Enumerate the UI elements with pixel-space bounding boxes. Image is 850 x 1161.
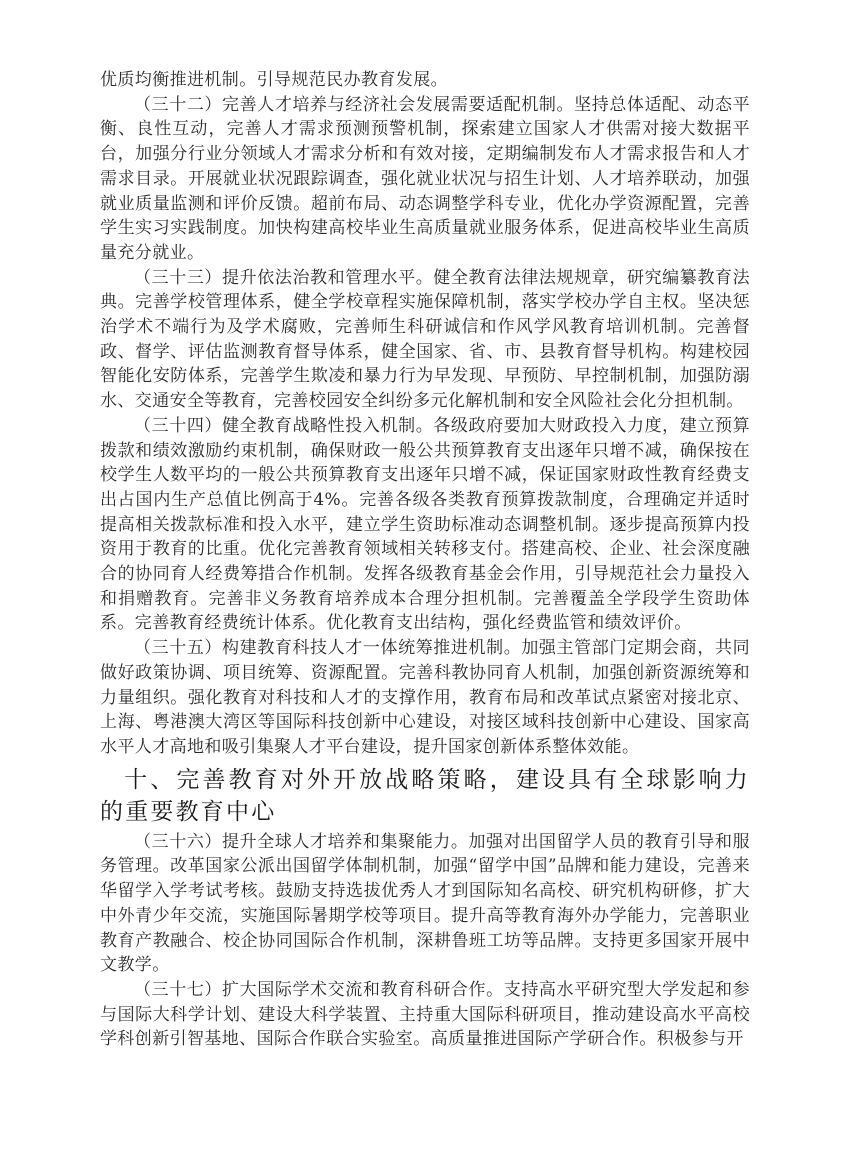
section-heading-10: 十、完善教育对外开放战略策略，建设具有全球影响力的重要教育中心 [100, 764, 750, 828]
paragraph-36-global-talent: （三十六）提升全球人才培养和集聚能力。加强对出国留学人员的教育引导和服务管理。改… [100, 830, 750, 978]
paragraph-34-strategic-investment: （三十四）健全教育战略性投入机制。各级政府要加大财政投入力度，建立预算拨款和绩效… [100, 414, 750, 636]
document-page: 优质均衡推进机制。引导规范民办教育发展。 （三十二）完善人才培养与经济社会发展需… [100, 68, 750, 1052]
paragraph-33-rule-of-law: （三十三）提升依法治教和管理水平。健全教育法律法规规章，研究编纂教育法典。完善学… [100, 266, 750, 414]
paragraph-35-education-sci-tech-talent: （三十五）构建教育科技人才一体统筹推进机制。加强主管部门定期会商，共同做好政策协… [100, 636, 750, 760]
paragraph-32-talent-training: （三十二）完善人才培养与经济社会发展需要适配机制。坚持总体适配、动态平衡、良性互… [100, 93, 750, 266]
paragraph-31-continuation: 优质均衡推进机制。引导规范民办教育发展。 [100, 68, 750, 93]
paragraph-37-international-exchange: （三十七）扩大国际学术交流和教育科研合作。支持高水平研究型大学发起和参与国际大科… [100, 978, 750, 1052]
